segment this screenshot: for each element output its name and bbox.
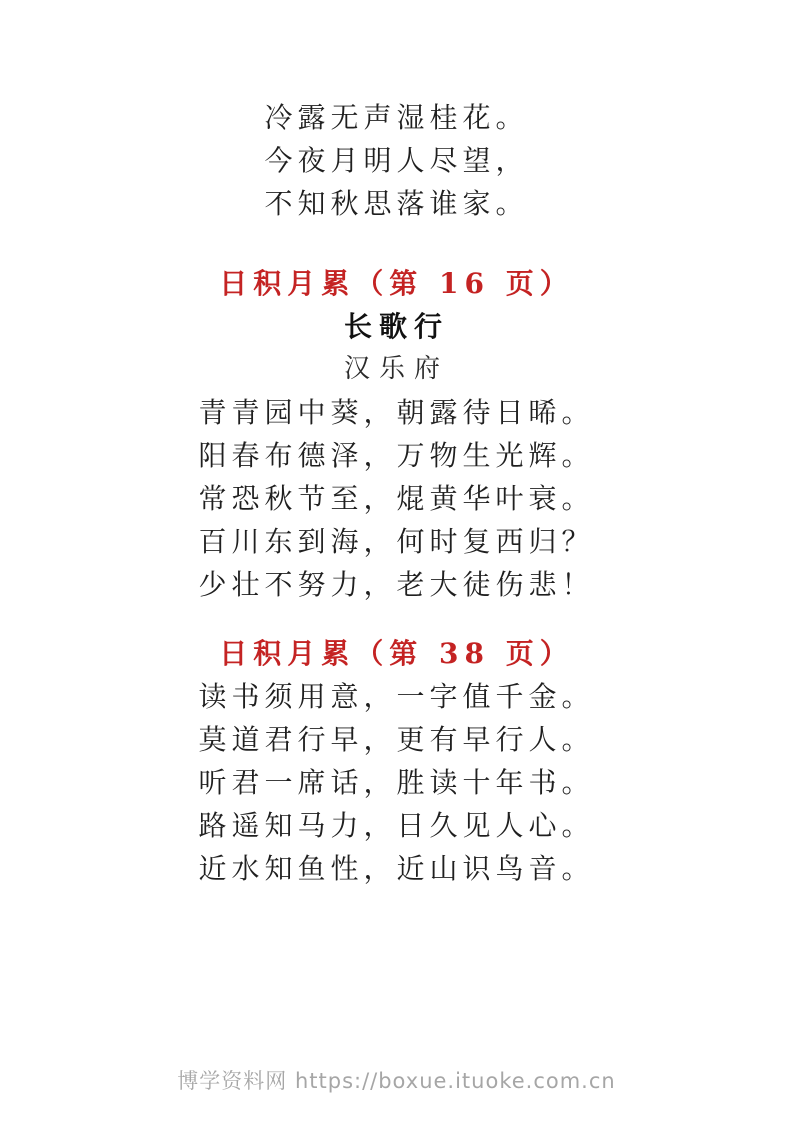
poem-line: 冷露无声湿桂花。 [0,96,793,139]
poem-line: 常恐秋节至，焜黄华叶衰。 [0,477,793,520]
proverb-line: 莫道君行早，更有早行人。 [0,718,793,761]
poem-line: 阳春布德泽，万物生光辉。 [0,434,793,477]
poem-author: 汉乐府 [0,348,793,391]
watermark-footer: 博学资料网 https://boxue.ituoke.com.cn [0,1068,793,1094]
intro-poem: 冷露无声湿桂花。 今夜月明人尽望， 不知秋思落谁家。 [0,96,793,225]
poem-line: 不知秋思落谁家。 [0,182,793,225]
section-heading: 日积月累（第 38 页） [0,632,793,675]
poem-line: 今夜月明人尽望， [0,139,793,182]
proverb-line: 读书须用意，一字值千金。 [0,675,793,718]
page-content: 冷露无声湿桂花。 今夜月明人尽望， 不知秋思落谁家。 日积月累（第 16 页） … [0,96,793,890]
poem-line: 百川东到海，何时复西归？ [0,520,793,563]
document-page: 冷露无声湿桂花。 今夜月明人尽望， 不知秋思落谁家。 日积月累（第 16 页） … [0,0,793,1122]
poem-title: 长歌行 [0,305,793,348]
section-heading: 日积月累（第 16 页） [0,262,793,305]
proverb-line: 路遥知马力，日久见人心。 [0,804,793,847]
poem-line: 青青园中葵，朝露待日晞。 [0,391,793,434]
poem-line: 少壮不努力，老大徒伤悲！ [0,563,793,606]
proverb-line: 近水知鱼性，近山识鸟音。 [0,847,793,890]
proverb-line: 听君一席话，胜读十年书。 [0,761,793,804]
section-page-16: 日积月累（第 16 页） 长歌行 汉乐府 青青园中葵，朝露待日晞。 阳春布德泽，… [0,262,793,606]
section-page-38: 日积月累（第 38 页） 读书须用意，一字值千金。 莫道君行早，更有早行人。 听… [0,632,793,890]
